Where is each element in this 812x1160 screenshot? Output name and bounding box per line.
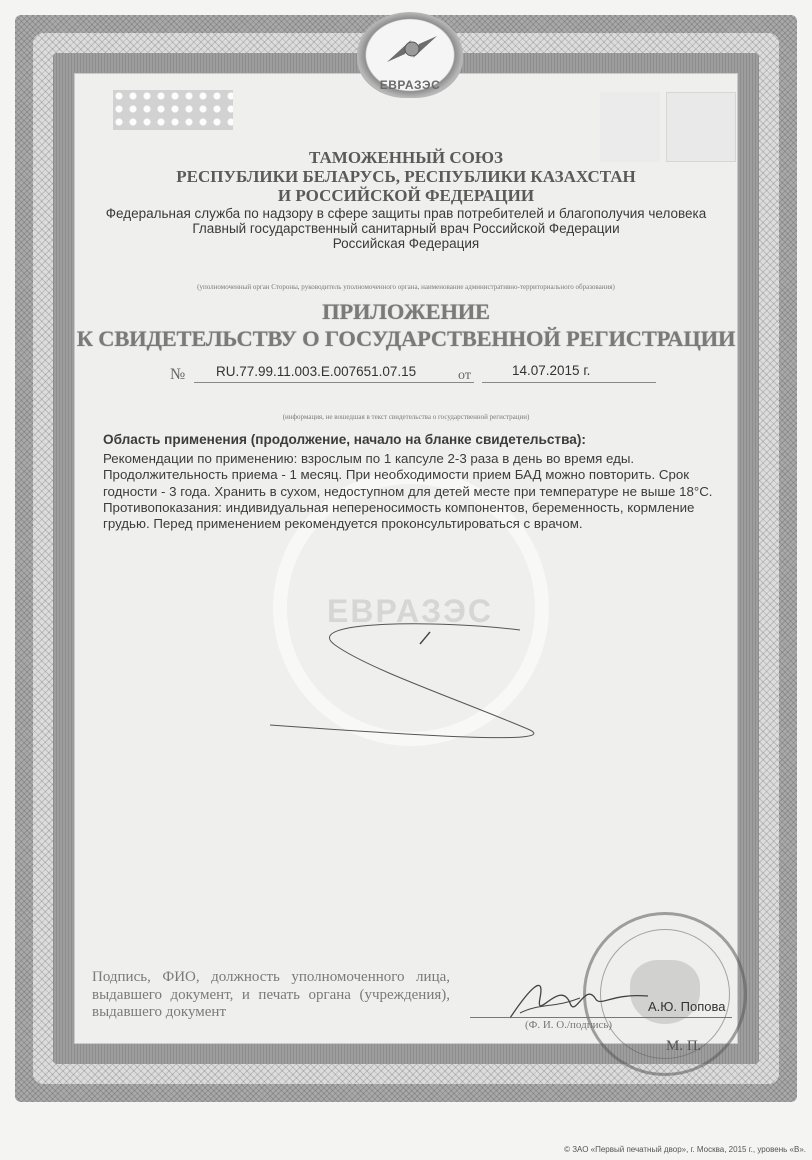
agency-heading: Федеральная служба по надзору в сфере за… bbox=[74, 206, 738, 251]
info-note: (информация, не вошедшая в текст свидете… bbox=[74, 413, 738, 421]
printer-footer: © ЗАО «Первый печатный двор», г. Москва,… bbox=[564, 1145, 806, 1154]
registration-row: № RU.77.99.11.003.E.007651.07.15 от 14.0… bbox=[170, 363, 660, 385]
title-line-1: ПРИЛОЖЕНИЕ bbox=[74, 298, 738, 325]
scope-line: Рекомендации по применению: взрослым по … bbox=[103, 451, 753, 467]
customs-union-heading: ТАМОЖЕННЫЙ СОЮЗ РЕСПУБЛИКИ БЕЛАРУСЬ, РЕС… bbox=[74, 148, 738, 205]
agency-line: Федеральная служба по надзору в сфере за… bbox=[74, 206, 738, 221]
scope-line: годности - 3 года. Хранить в сухом, недо… bbox=[103, 484, 753, 500]
scope-line: Противопоказания: индивидуальная неперен… bbox=[103, 500, 753, 516]
logo-text: ЕВРАЗЭС bbox=[357, 78, 463, 92]
scope-section-title: Область применения (продолжение, начало … bbox=[103, 432, 753, 448]
date-underline bbox=[482, 382, 656, 383]
security-pattern-icon bbox=[113, 90, 233, 130]
heading-line: РЕСПУБЛИКИ БЕЛАРУСЬ, РЕСПУБЛИКИ КАЗАХСТА… bbox=[74, 167, 738, 186]
registration-number: RU.77.99.11.003.E.007651.07.15 bbox=[216, 364, 416, 379]
signature-label: Подпись, ФИО, должность уполномоченного … bbox=[92, 969, 450, 1022]
authority-note: (уполномоченный орган Стороны, руководит… bbox=[74, 283, 738, 291]
cancellation-stroke bbox=[260, 560, 580, 740]
emblem-swoosh-icon bbox=[385, 34, 439, 64]
number-sign: № bbox=[170, 366, 185, 384]
from-label: от bbox=[458, 368, 471, 384]
number-underline bbox=[194, 382, 474, 383]
scope-line: грудью. Перед применением рекомендуется … bbox=[103, 516, 753, 532]
seal-mark: М. П. bbox=[666, 1038, 701, 1055]
signature-caption: (Ф. И. О./подпись) bbox=[525, 1019, 612, 1031]
agency-line: Главный государственный санитарный врач … bbox=[74, 221, 738, 236]
heading-line: И РОССИЙСКОЙ ФЕДЕРАЦИИ bbox=[74, 186, 738, 205]
signatory-name: А.Ю. Попова bbox=[648, 999, 725, 1014]
document-title: ПРИЛОЖЕНИЕ К СВИДЕТЕЛЬСТВУ О ГОСУДАРСТВЕ… bbox=[74, 298, 738, 352]
signature-underline bbox=[470, 1017, 732, 1018]
title-line-2: К СВИДЕТЕЛЬСТВУ О ГОСУДАРСТВЕННОЙ РЕГИСТ… bbox=[74, 325, 738, 352]
scope-section: Область применения (продолжение, начало … bbox=[103, 432, 753, 532]
scope-line: Продолжительность приема - 1 месяц. При … bbox=[103, 467, 753, 483]
registration-date: 14.07.2015 г. bbox=[512, 363, 590, 378]
agency-line: Российская Федерация bbox=[74, 236, 738, 251]
heading-line: ТАМОЖЕННЫЙ СОЮЗ bbox=[74, 148, 738, 167]
